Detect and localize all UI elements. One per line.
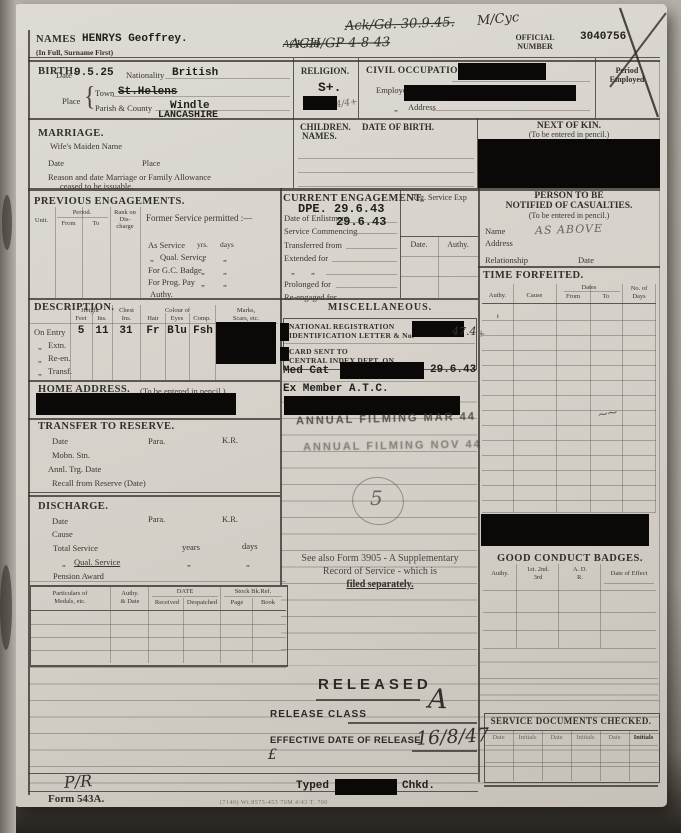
col-from: From bbox=[55, 220, 82, 227]
col-marks-2: Scars, etc. bbox=[216, 315, 276, 322]
period-employed-label-2: Employed bbox=[597, 75, 657, 84]
rule bbox=[112, 96, 290, 97]
rule bbox=[152, 596, 218, 597]
ditto-mark: „ bbox=[150, 253, 154, 263]
col-days: Days bbox=[622, 293, 656, 300]
rule bbox=[30, 637, 286, 638]
wifes-maiden-name-label: Wife's Maiden Name bbox=[50, 141, 122, 151]
gcb-col-badges-1: 1st. 2nd. bbox=[520, 566, 556, 573]
pencil-tick: ' bbox=[496, 313, 500, 328]
marriage-reason-line2: ceased to be issuable. bbox=[60, 181, 133, 191]
col-to: To bbox=[82, 220, 110, 227]
rule bbox=[293, 118, 294, 188]
rule bbox=[564, 291, 620, 292]
rule bbox=[452, 81, 590, 82]
ditto-mark: „ bbox=[201, 278, 205, 288]
qual-service-label: Qual. Service bbox=[160, 252, 206, 262]
authy-label: Authy. bbox=[150, 289, 173, 299]
reg-service-exp-label: Reg. Service Exp bbox=[400, 193, 478, 202]
rule bbox=[30, 667, 286, 668]
row-transf-label: Transf. bbox=[48, 366, 72, 376]
redaction-right-column bbox=[481, 514, 649, 546]
supplementary-note-line1: See also Form 3905 - A Supplementary bbox=[285, 553, 475, 564]
rule bbox=[28, 118, 660, 120]
official-number-label-1: OFFICIAL bbox=[500, 33, 570, 42]
svc-col-initials: Initials bbox=[513, 734, 542, 741]
ditto-mark: „ bbox=[223, 278, 227, 288]
medals-col-stock: Stock Bk.Ref. bbox=[222, 588, 284, 595]
casualties-title-1: PERSON TO BE bbox=[480, 191, 658, 201]
supplementary-note-line3: filed separately. bbox=[285, 579, 475, 590]
rule bbox=[28, 298, 478, 300]
reg-service-date-col: Date. bbox=[401, 240, 437, 249]
rule bbox=[604, 583, 654, 584]
rule bbox=[298, 172, 474, 173]
rule bbox=[400, 256, 478, 257]
medals-col-particulars-2: Medals, etc. bbox=[32, 598, 108, 605]
rule bbox=[478, 266, 660, 268]
rule bbox=[484, 745, 658, 746]
col-authy: Authy. bbox=[482, 292, 513, 299]
col-hair: Hair bbox=[141, 315, 165, 322]
release-class-label: RELEASE CLASS bbox=[270, 709, 367, 720]
pencil-plus: + bbox=[477, 329, 485, 340]
ditto-mark: „ bbox=[201, 266, 205, 276]
medals-col-received: Received bbox=[150, 599, 184, 606]
col-eyes: Eyes bbox=[165, 315, 189, 322]
ditto-mark: „ bbox=[291, 266, 295, 276]
rule bbox=[482, 365, 656, 366]
marriage-place-label: Place bbox=[142, 158, 160, 168]
casualties-title-2: NOTIFIED OF CASUALTIES. bbox=[480, 201, 658, 211]
rule bbox=[358, 58, 359, 118]
rule bbox=[28, 380, 280, 382]
ditto-mark: „ bbox=[246, 558, 250, 568]
card-sent-line1: CARD SENT TO bbox=[289, 347, 348, 356]
redaction-religion bbox=[303, 96, 337, 110]
redaction-small bbox=[280, 347, 289, 361]
pr-mark: P/R bbox=[63, 771, 92, 792]
released-stamp: RELEASED bbox=[318, 676, 432, 693]
names-label: NAMES bbox=[36, 34, 76, 45]
rule bbox=[332, 261, 397, 262]
rule bbox=[280, 188, 282, 585]
annotation-ach: ACH/GP 4-8-43 bbox=[290, 35, 390, 52]
chest-value: 31 bbox=[114, 325, 138, 337]
ditto-mark: „ bbox=[201, 253, 205, 263]
printers-imprint: (7140) Wt.8575-453 70M 4/43 T. 700 bbox=[220, 800, 328, 806]
col-unit: Unit. bbox=[28, 217, 55, 224]
rule bbox=[600, 564, 601, 648]
col-chest-1: Chest bbox=[113, 307, 140, 314]
nat-reg-line2: IDENTIFICATION LETTER & No. bbox=[289, 331, 414, 340]
transferred-from-label: Transferred from bbox=[284, 240, 342, 250]
form-number: Form 543A. bbox=[48, 793, 104, 805]
comp-value: Fsh bbox=[190, 325, 216, 337]
transfer-kr-label: K.R. bbox=[222, 435, 238, 445]
rule bbox=[483, 630, 656, 631]
discharge-cause-label: Cause bbox=[52, 529, 73, 539]
rule bbox=[478, 188, 480, 782]
rule bbox=[432, 110, 590, 111]
col-rank-1: Rank on bbox=[110, 209, 140, 216]
col-no-of: No. of bbox=[622, 285, 656, 292]
rule bbox=[30, 581, 286, 582]
redaction-small bbox=[280, 323, 289, 341]
rule bbox=[482, 335, 656, 336]
children-names-label-2: NAMES. bbox=[302, 131, 337, 141]
rule bbox=[484, 785, 658, 787]
col-to: To bbox=[590, 293, 622, 300]
rule bbox=[28, 30, 30, 795]
ruled-lines-right bbox=[480, 646, 658, 710]
rule bbox=[183, 598, 184, 663]
prog-pay-label: For Prog. Pay bbox=[148, 277, 195, 287]
pension-award-label: Pension Award bbox=[53, 571, 104, 581]
redaction-next-of-kin bbox=[478, 139, 660, 188]
casualties-name-value: AS ABOVE bbox=[535, 222, 603, 237]
religion-label: RELIGION. bbox=[294, 66, 356, 76]
svc-col-initials-bold: Initials bbox=[629, 734, 658, 741]
rule bbox=[482, 410, 656, 411]
rule bbox=[516, 564, 517, 648]
rule bbox=[224, 596, 282, 597]
gcb-col-badges-2: 3rd bbox=[520, 574, 556, 581]
rule bbox=[655, 284, 656, 512]
redaction-marks-scars bbox=[216, 322, 276, 364]
rule bbox=[348, 722, 477, 724]
ruled-lines-middle bbox=[281, 386, 477, 666]
rule bbox=[316, 699, 420, 701]
rule bbox=[28, 773, 478, 774]
ditto-mark: „ bbox=[187, 558, 191, 568]
marriage-date-label: Date bbox=[48, 158, 64, 168]
ditto-mark: „ bbox=[62, 558, 66, 568]
nat-reg-line1: NATIONAL REGISTRATION bbox=[289, 322, 394, 331]
civil-occupation-label: CIVIL OCCUPATION bbox=[366, 66, 465, 76]
nat-reg-pencil-value: 47.4 bbox=[452, 325, 477, 338]
redaction-civil-occupation bbox=[458, 63, 546, 80]
rule bbox=[282, 381, 477, 382]
edge-stain bbox=[2, 195, 12, 250]
rule bbox=[400, 276, 478, 277]
names-value: HENRYS Geoffrey. bbox=[82, 33, 188, 45]
medals-col-authy-1: Authy. bbox=[112, 590, 148, 597]
casualties-sublabel: (To be entered in pencil.) bbox=[480, 211, 658, 220]
rule bbox=[165, 313, 166, 380]
ditto-mark: „ bbox=[223, 253, 227, 263]
col-rank-2: Dis- bbox=[110, 216, 140, 223]
col-chest-2: Ins. bbox=[113, 315, 140, 322]
casualties-relationship-label: Relationship bbox=[485, 255, 528, 265]
edge-stain bbox=[0, 565, 12, 650]
chkd-label: Chkd. bbox=[402, 780, 435, 792]
birth-parish-label: Parish & County bbox=[95, 103, 152, 113]
rule bbox=[482, 455, 656, 456]
discharge-qual-service-label: Qual. Service bbox=[74, 557, 120, 567]
previous-engagements-label: PREVIOUS ENGAGEMENTS. bbox=[34, 196, 185, 207]
rule bbox=[622, 284, 623, 512]
circled-number: 5 bbox=[370, 486, 383, 510]
med-cat-date: 29.6.43 bbox=[430, 364, 476, 376]
rule bbox=[482, 380, 656, 381]
rule bbox=[595, 58, 596, 118]
redaction-home-address bbox=[36, 393, 236, 415]
col-feet: Feet bbox=[70, 315, 92, 322]
rule bbox=[556, 284, 557, 512]
rule bbox=[482, 512, 656, 513]
birth-county-value: LANCASHIRE bbox=[158, 110, 218, 121]
rule bbox=[57, 217, 108, 218]
effective-date-value: 16/8/47 bbox=[415, 724, 489, 750]
annl-trg-date-label: Annl. Trg. Date bbox=[48, 464, 101, 474]
rule bbox=[112, 305, 113, 380]
rule bbox=[92, 313, 93, 380]
rule bbox=[482, 350, 656, 351]
official-number-label-2: NUMBER bbox=[500, 42, 570, 51]
rule bbox=[482, 440, 656, 441]
place-brace: { bbox=[84, 82, 96, 113]
rule bbox=[346, 248, 397, 249]
yrs-label: yrs. bbox=[197, 240, 208, 249]
col-marks-1: Marks, bbox=[216, 307, 276, 314]
pencil-scribble: ~~ bbox=[596, 404, 618, 423]
marriage-label: MARRIAGE. bbox=[38, 128, 104, 139]
svc-col-date: Date bbox=[600, 734, 629, 741]
medals-col-page: Page bbox=[222, 599, 252, 606]
rule bbox=[28, 60, 660, 62]
re-engaged-for-label: Re-engaged for bbox=[284, 292, 337, 302]
time-forfeited-label: TIME FORFEITED. bbox=[483, 270, 584, 281]
col-period: Period. bbox=[56, 209, 108, 216]
rule bbox=[483, 648, 656, 649]
rule bbox=[283, 343, 475, 344]
recall-from-reserve-label: Recall from Reserve (Date) bbox=[52, 478, 146, 488]
gc-badge-label: For G.C. Badge bbox=[148, 265, 202, 275]
prolonged-for-label: Prolonged for bbox=[284, 279, 331, 289]
crossout-x-mark bbox=[602, 5, 677, 125]
rule bbox=[326, 274, 397, 275]
redaction-typed-by bbox=[335, 779, 397, 795]
days-label: days bbox=[220, 240, 234, 249]
rule bbox=[30, 624, 286, 625]
rule bbox=[336, 287, 397, 288]
rule bbox=[482, 320, 656, 321]
rule bbox=[483, 590, 656, 591]
rule bbox=[513, 284, 514, 512]
gcb-col-adr-2: R. bbox=[562, 574, 598, 581]
medals-col-date: DATE bbox=[150, 588, 220, 595]
rule bbox=[30, 610, 286, 611]
birth-place-label: Place bbox=[62, 96, 80, 106]
rule bbox=[28, 418, 280, 420]
rule bbox=[28, 495, 280, 497]
rule bbox=[482, 470, 656, 471]
period-employed-label-1: Period bbox=[597, 66, 657, 75]
discharge-label: DISCHARGE. bbox=[38, 501, 108, 512]
col-dates: Dates bbox=[556, 284, 622, 291]
col-colour-of: Colour of bbox=[141, 307, 214, 314]
medals-col-book: Book bbox=[252, 599, 284, 606]
col-cause: Cause bbox=[513, 292, 556, 299]
col-ins: Ins. bbox=[92, 315, 112, 322]
reg-service-authy-col: Authy. bbox=[439, 240, 477, 249]
rule bbox=[140, 207, 141, 298]
row-on-entry-label: On Entry bbox=[34, 327, 65, 337]
discharge-para-label: Para. bbox=[148, 514, 165, 524]
gcb-col-authy: Authy. bbox=[486, 570, 514, 577]
mobn-stn-label: Mobn. Stn. bbox=[52, 450, 90, 460]
height-feet-value: 5 bbox=[72, 325, 90, 337]
years-label: years bbox=[182, 542, 200, 552]
height-ins-value: 11 bbox=[92, 325, 112, 337]
date-of-birth-label: DATE OF BIRTH. bbox=[342, 122, 454, 132]
next-of-kin-sublabel: (To be entered in pencil.) bbox=[480, 130, 658, 139]
torn-left-edge bbox=[0, 0, 16, 833]
redaction-med-cat bbox=[340, 362, 424, 379]
miscellaneous-label: MISCELLANEOUS. bbox=[282, 302, 478, 313]
rule bbox=[252, 598, 253, 663]
as-service-label: As Service bbox=[148, 240, 185, 250]
discharge-date-label: Date bbox=[52, 516, 68, 526]
rule bbox=[482, 425, 656, 426]
col-from: From bbox=[556, 293, 590, 300]
ditto-mark: „ bbox=[311, 266, 315, 276]
svc-col-initials: Initials bbox=[571, 734, 600, 741]
ditto-mark: „ bbox=[38, 341, 42, 351]
svc-col-date: Date bbox=[484, 734, 513, 741]
supplementary-note-line2: Record of Service - which is bbox=[285, 566, 475, 577]
ditto-mark: „ bbox=[38, 354, 42, 364]
rule bbox=[28, 57, 660, 58]
col-rank-3: charge bbox=[110, 223, 140, 230]
rule bbox=[140, 305, 141, 380]
transfer-para-label: Para. bbox=[148, 436, 165, 446]
birth-date-value: 9.5.25 bbox=[74, 67, 114, 79]
ditto-mark: „ bbox=[38, 367, 42, 377]
rule bbox=[30, 650, 286, 651]
pencil-mark: £ bbox=[268, 747, 277, 763]
rule bbox=[483, 612, 656, 613]
names-sublabel: (In Full, Surname First) bbox=[36, 48, 113, 57]
rule bbox=[590, 284, 591, 512]
redaction-employer bbox=[404, 85, 576, 101]
svc-col-date: Date bbox=[542, 734, 571, 741]
rule bbox=[412, 750, 477, 752]
casualties-date-label: Date bbox=[578, 255, 594, 265]
medals-col-authy-2: & Date bbox=[112, 598, 148, 605]
rule bbox=[482, 485, 656, 486]
rule bbox=[165, 78, 290, 79]
days-label: days bbox=[242, 541, 258, 551]
birth-nationality-label: Nationality bbox=[126, 70, 164, 80]
rule bbox=[482, 303, 656, 304]
rule bbox=[482, 500, 656, 501]
transfer-date-label: Date bbox=[52, 436, 68, 446]
transfer-to-reserve-label: TRANSFER TO RESERVE. bbox=[38, 421, 175, 432]
rule bbox=[28, 492, 280, 493]
gcb-col-adr-1: A. D. bbox=[562, 566, 598, 573]
rule bbox=[356, 233, 397, 234]
good-conduct-badges-label: GOOD CONDUCT BADGES. bbox=[483, 553, 657, 564]
col-height: Height bbox=[68, 307, 112, 314]
religion-value: S+. bbox=[318, 80, 341, 95]
typed-label: Typed bbox=[296, 780, 329, 792]
rule bbox=[298, 158, 474, 159]
former-service-label: Former Service permitted :— bbox=[146, 213, 252, 223]
scanned-service-record: NAMES HENRYS Geoffrey. (In Full, Surname… bbox=[0, 0, 681, 833]
eyes-value: Blu bbox=[165, 325, 189, 337]
rule bbox=[189, 313, 190, 380]
gcb-col-date-of-effect: Date of Effect bbox=[602, 570, 656, 577]
row-extn-label: Extn. bbox=[48, 340, 66, 350]
rule bbox=[558, 564, 559, 648]
medals-col-despatched: Despatched bbox=[184, 599, 220, 606]
service-commencing-label: Service Commencing bbox=[284, 226, 357, 236]
ditto-mark: „ bbox=[394, 103, 398, 113]
col-comp: Comp. bbox=[189, 315, 215, 322]
rule bbox=[482, 395, 656, 396]
ditto-mark: „ bbox=[223, 266, 227, 276]
birth-date-label: Date bbox=[56, 70, 72, 80]
rule bbox=[298, 186, 474, 187]
casualties-name-label: Name bbox=[485, 226, 505, 236]
discharge-kr-label: K.R. bbox=[222, 514, 238, 524]
extended-for-label: Extended for bbox=[284, 253, 328, 263]
service-documents-label: SERVICE DOCUMENTS CHECKED. bbox=[486, 716, 656, 726]
rule bbox=[484, 762, 658, 763]
release-class-value: A bbox=[427, 684, 448, 716]
rule bbox=[400, 236, 478, 237]
effective-date-label: EFFECTIVE DATE OF RELEASE bbox=[270, 735, 421, 746]
row-re-en-label: Re-en. bbox=[48, 353, 70, 363]
total-service-label: Total Service bbox=[53, 543, 98, 553]
casualties-address-label: Address bbox=[485, 238, 513, 248]
med-cat-label: Med Cat bbox=[283, 365, 329, 377]
hair-value: Fr bbox=[141, 325, 165, 337]
medals-col-particulars-1: Particulars of bbox=[32, 590, 108, 597]
ex-member-atc: Ex Member A.T.C. bbox=[283, 383, 389, 395]
